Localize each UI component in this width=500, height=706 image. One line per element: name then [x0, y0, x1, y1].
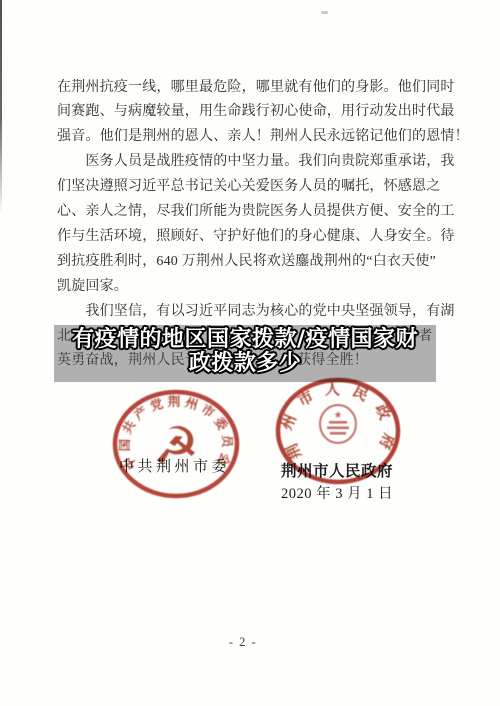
headline-line-2: 政拨款多少: [54, 352, 436, 376]
seal-date: 2020 年 3 月 1 日: [281, 482, 393, 503]
letter-line: 们坚决遵照习近平总书记关心关爱医务人员的嘱托，怀感恩之: [57, 175, 449, 200]
letter-line: 心、亲人之情，尽我们所能为贵院医务人员提供方便、安全的工: [57, 200, 449, 225]
letter-line: 凯旋回家。: [57, 275, 449, 300]
svg-text:★: ★: [334, 410, 343, 421]
scan-smudge: [321, 11, 328, 14]
headline-line-1: 有疫情的地区国家拨款/疫情国家财: [54, 328, 436, 352]
letter-line: 我们坚信，有以习近平同志为核心的党中央坚强领导，有湖: [57, 300, 449, 325]
letter-line: 强音。他们是荆州的恩人、亲人！荆州人民永远铭记他们的恩情！: [57, 125, 449, 150]
headline-overlay: 有疫情的地区国家拨款/疫情国家财 政拨款多少: [54, 328, 436, 375]
letter-line: 间赛跑、与病魔较量，用生命践行初心使命，用行动发出时代最: [57, 100, 449, 125]
party-seal-ring: [115, 392, 237, 496]
party-committee-seal: 中国共产党荆州市委员会 ☭: [115, 392, 237, 496]
letter-line: 医务人员是战胜疫情的中坚力量。我们向贵院郑重承诺，我: [57, 150, 449, 175]
letter-body: 在荆州抗疫一线，哪里最危险，哪里就有他们的身影。他们同时 间赛跑、与病魔较量，用…: [57, 76, 449, 325]
letter-line: 到抗疫胜利时，640 万荆州人民将欢送鏖战荆州的“白衣天使”: [57, 250, 449, 275]
svg-text:荆州市人民政府: 荆州市人民政府: [278, 381, 399, 462]
government-seal-caption: 荆州市人民政府: [281, 459, 393, 481]
letter-line: 在荆州抗疫一线，哪里最危险，哪里就有他们的身影。他们同时: [57, 76, 449, 101]
government-seal-arc-text: 荆州市人民政府: [278, 381, 399, 462]
letter-line: 作与生活环境，照顾好、守护好他们的身心健康、人身安全。待: [57, 225, 449, 250]
national-emblem-icon: ★: [320, 405, 356, 443]
scan-edge-line: [0, 0, 2, 215]
page-number: - 2 -: [0, 635, 493, 650]
party-seal-caption: 中共荆州市委: [119, 455, 230, 476]
